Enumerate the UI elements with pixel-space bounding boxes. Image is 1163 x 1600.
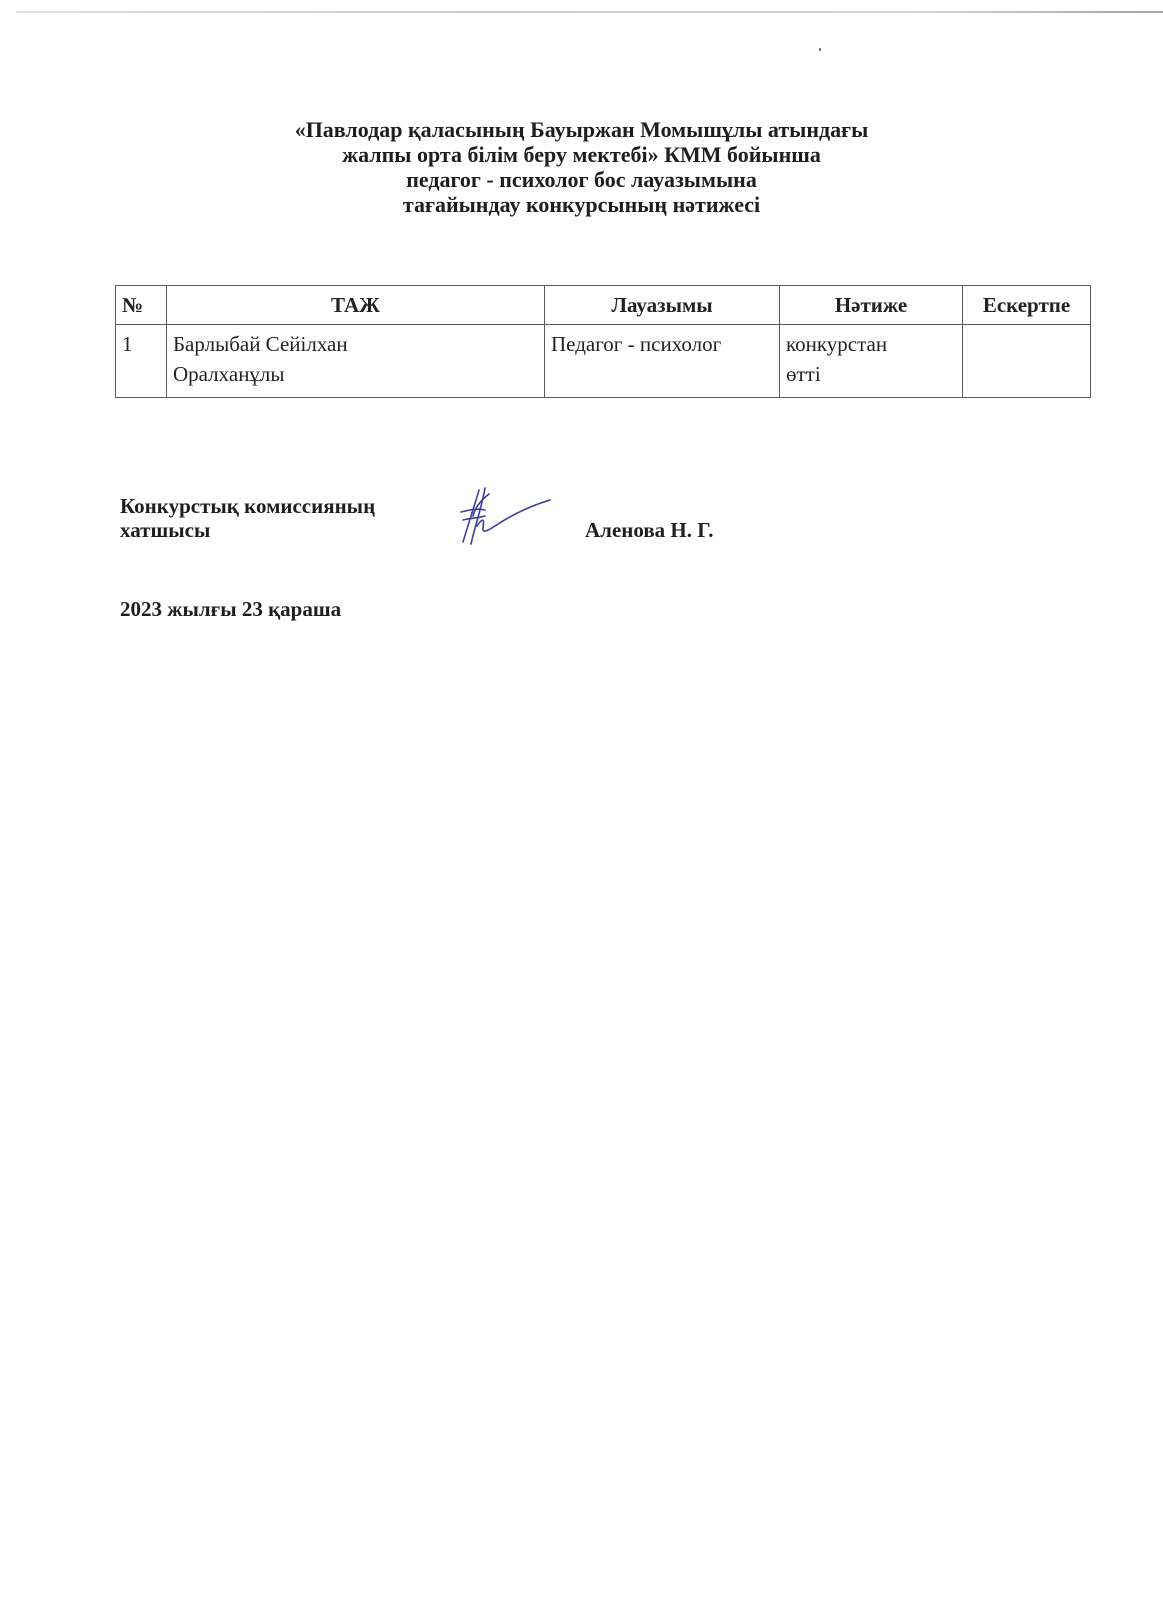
name-line-1: Барлыбай Сейілхан xyxy=(173,329,538,359)
cell-number: 1 xyxy=(116,325,167,398)
header-full-name: ТАЖ xyxy=(167,286,545,325)
header-position: Лауазымы xyxy=(545,286,780,325)
title-line-2: жалпы орта білім беру мектебі» КММ бойын… xyxy=(0,142,1163,167)
signer-name: Аленова Н. Г. xyxy=(585,518,714,543)
scan-speck xyxy=(819,48,821,51)
signer-role: Конкурстық комиссияның хатшысы xyxy=(120,494,375,542)
document-date: 2023 жылғы 23 қараша xyxy=(120,597,341,622)
title-line-4: тағайындау конкурсының нәтижесі xyxy=(0,192,1163,217)
cell-note xyxy=(963,325,1091,398)
document-title: «Павлодар қаласының Бауыржан Момышұлы ат… xyxy=(0,117,1163,217)
result-line-1: конкурстан xyxy=(786,329,956,359)
cell-position: Педагог - психолог xyxy=(545,325,780,398)
handwritten-signature-icon xyxy=(455,486,555,546)
scan-top-edge xyxy=(16,11,1163,13)
signer-role-line-2: хатшысы xyxy=(120,518,375,542)
name-line-2: Оралханұлы xyxy=(173,359,538,389)
table-header-row: № ТАЖ Лауазымы Нәтиже Ескертпе xyxy=(116,286,1091,325)
table-row: 1 Барлыбай Сейілхан Оралханұлы Педагог -… xyxy=(116,325,1091,398)
cell-result: конкурстан өтті xyxy=(780,325,963,398)
cell-full-name: Барлыбай Сейілхан Оралханұлы xyxy=(167,325,545,398)
signer-role-line-1: Конкурстық комиссияның xyxy=(120,494,375,518)
results-table: № ТАЖ Лауазымы Нәтиже Ескертпе 1 Барлыба… xyxy=(115,285,1091,398)
header-number: № xyxy=(116,286,167,325)
title-line-1: «Павлодар қаласының Бауыржан Момышұлы ат… xyxy=(0,117,1163,142)
header-result: Нәтиже xyxy=(780,286,963,325)
title-line-3: педагог - психолог бос лауазымына xyxy=(0,167,1163,192)
result-line-2: өтті xyxy=(786,359,956,389)
header-note: Ескертпе xyxy=(963,286,1091,325)
